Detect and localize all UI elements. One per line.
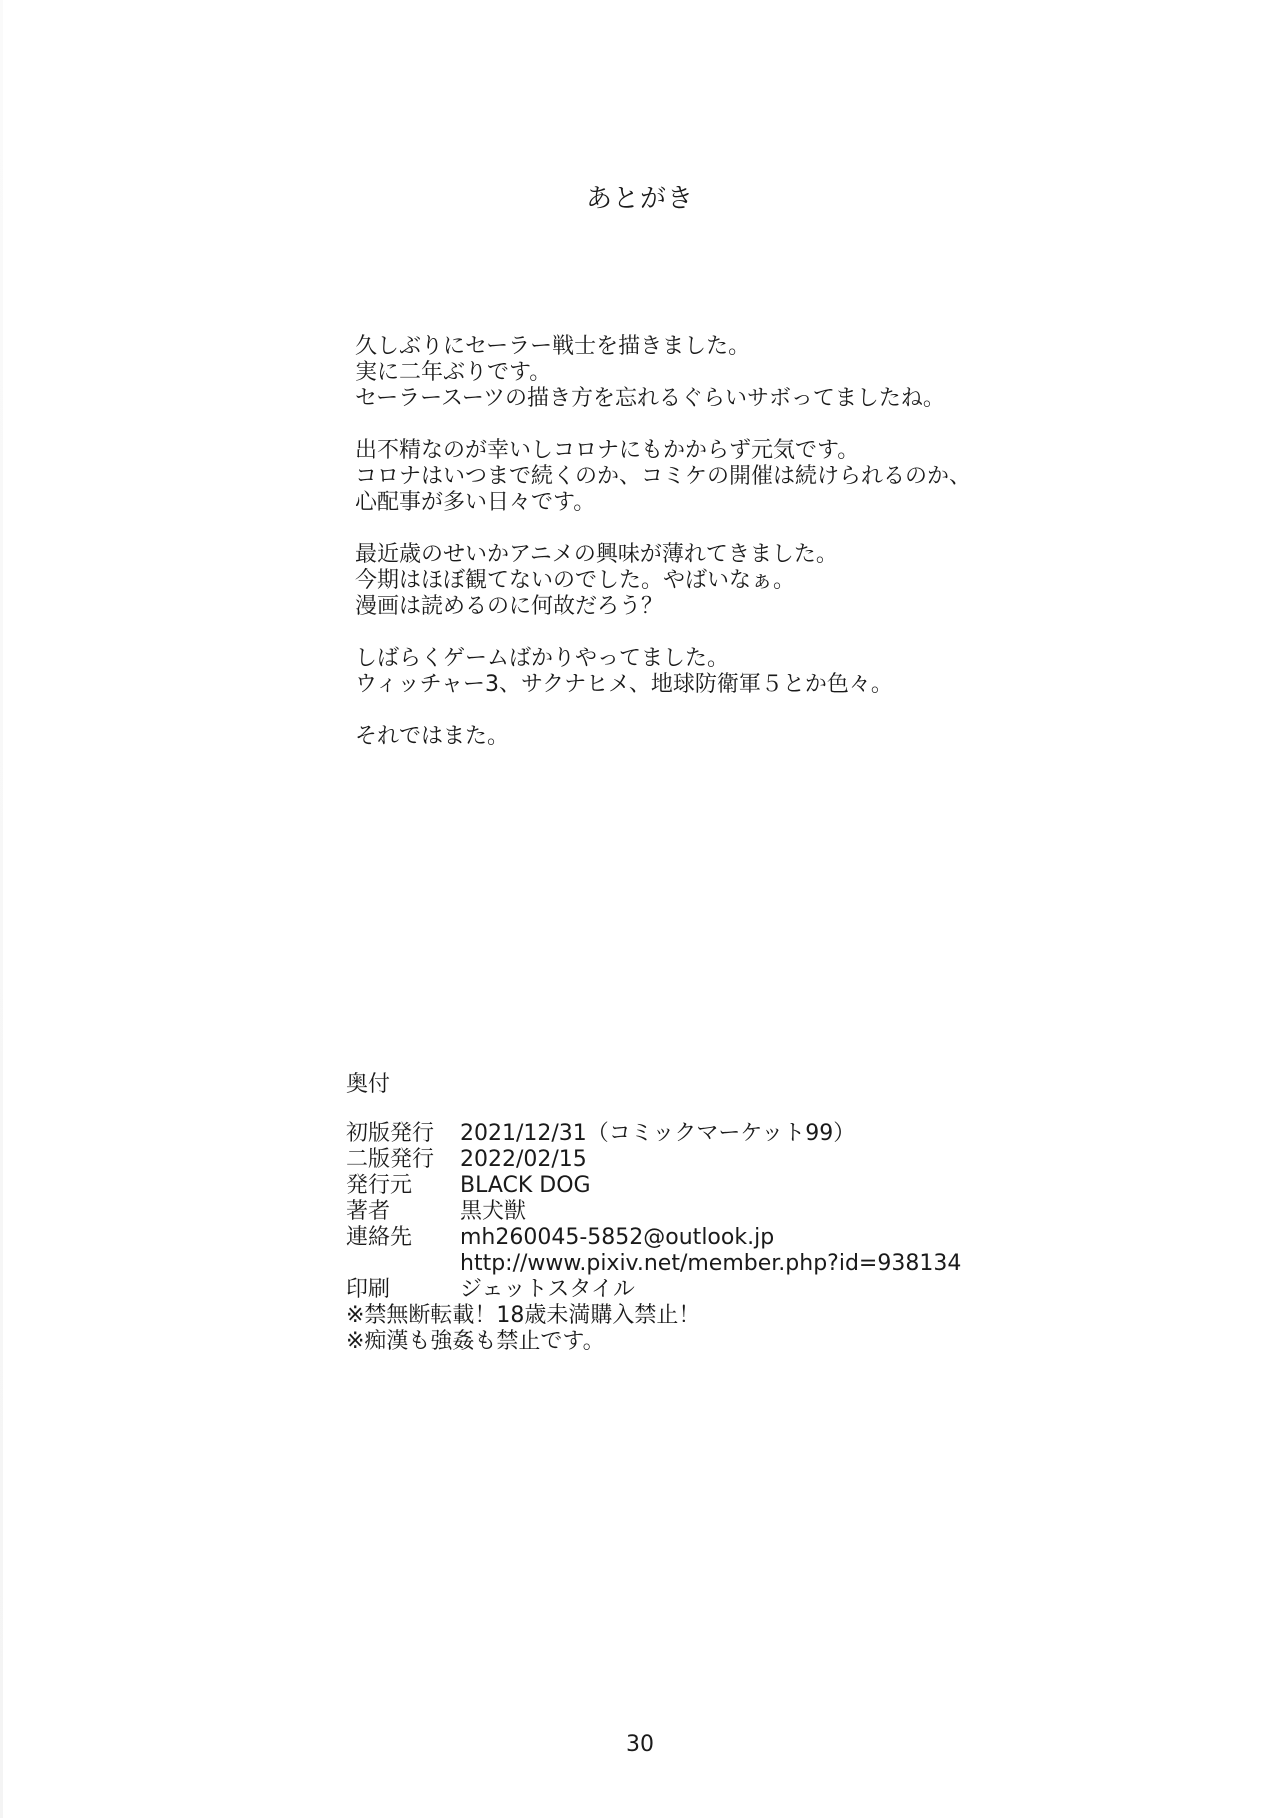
colophon-row-publisher: 発行元 BLACK DOG: [346, 1173, 961, 1199]
colophon-key: 初版発行: [346, 1121, 460, 1147]
colophon-key: 著者: [346, 1199, 460, 1225]
colophon-value: 2022/02/15: [460, 1147, 587, 1173]
page-edge-scan-shadow: [0, 0, 3, 1818]
text-line: 漫画は読めるのに何故だろう？: [355, 594, 971, 620]
afterword-title: あとがき: [0, 178, 1280, 215]
text-line: 最近歳のせいかアニメの興味が薄れてきました。: [355, 542, 971, 568]
colophon-key: 二版発行: [346, 1147, 460, 1173]
contact-email: mh260045-5852@outlook.jp: [460, 1225, 774, 1251]
colophon-value: 黒犬獣: [460, 1199, 526, 1225]
colophon-note: ※痴漢も強姦も禁止です。: [346, 1329, 961, 1355]
text-line: 心配事が多い日々です。: [355, 490, 971, 516]
colophon-title: 奥付: [346, 1067, 390, 1098]
paragraph: 最近歳のせいかアニメの興味が薄れてきました。 今期はほぼ観てないのでした。やばい…: [355, 542, 971, 620]
colophon-row-second-edition: 二版発行 2022/02/15: [346, 1147, 961, 1173]
colophon-key: 連絡先: [346, 1225, 460, 1251]
text-line: しばらくゲームばかりやってました。: [355, 646, 971, 672]
colophon-key: 印刷: [346, 1277, 460, 1303]
paragraph: 久しぶりにセーラー戦士を描きました。 実に二年ぶりです。 セーラースーツの描き方…: [355, 334, 971, 412]
text-line: コロナはいつまで続くのか、コミケの開催は続けられるのか、: [355, 464, 971, 490]
text-line: 今期はほぼ観てないのでした。やばいなぁ。: [355, 568, 971, 594]
paragraph: しばらくゲームばかりやってました。 ウィッチャー3、サクナヒメ、地球防衛軍５とか…: [355, 646, 971, 698]
colophon-value: ジェットスタイル: [460, 1277, 635, 1303]
text-line: 出不精なのが幸いしコロナにもかからず元気です。: [355, 438, 971, 464]
text-line: 久しぶりにセーラー戦士を描きました。: [355, 334, 971, 360]
paragraph: 出不精なのが幸いしコロナにもかからず元気です。 コロナはいつまで続くのか、コミケ…: [355, 438, 971, 516]
colophon-value: 2021/12/31（コミックマーケット99）: [460, 1121, 855, 1147]
colophon-value: BLACK DOG: [460, 1173, 591, 1199]
page-number: 30: [0, 1732, 1280, 1757]
text-line: セーラースーツの描き方を忘れるぐらいサボってましたね。: [355, 386, 971, 412]
text-line: それではまた。: [355, 724, 971, 750]
colophon-row-first-edition: 初版発行 2021/12/31（コミックマーケット99）: [346, 1121, 961, 1147]
text-line: 実に二年ぶりです。: [355, 360, 971, 386]
colophon-row-contact-url: http://www.pixiv.net/member.php?id=93813…: [346, 1251, 961, 1277]
text-line: ウィッチャー3、サクナヒメ、地球防衛軍５とか色々。: [355, 672, 971, 698]
colophon-row-printer: 印刷 ジェットスタイル: [346, 1277, 961, 1303]
colophon-block: 初版発行 2021/12/31（コミックマーケット99） 二版発行 2022/0…: [346, 1121, 961, 1355]
afterword-body: 久しぶりにセーラー戦士を描きました。 実に二年ぶりです。 セーラースーツの描き方…: [355, 334, 971, 776]
colophon-note: ※禁無断転載！18歳未満購入禁止！: [346, 1303, 961, 1329]
document-page: あとがき 久しぶりにセーラー戦士を描きました。 実に二年ぶりです。 セーラースー…: [0, 0, 1280, 1818]
colophon-key: 発行元: [346, 1173, 460, 1199]
colophon-row-contact: 連絡先 mh260045-5852@outlook.jp: [346, 1225, 961, 1251]
paragraph: それではまた。: [355, 724, 971, 750]
contact-url: http://www.pixiv.net/member.php?id=93813…: [460, 1251, 961, 1277]
colophon-row-author: 著者 黒犬獣: [346, 1199, 961, 1225]
colophon-key: [346, 1251, 460, 1277]
